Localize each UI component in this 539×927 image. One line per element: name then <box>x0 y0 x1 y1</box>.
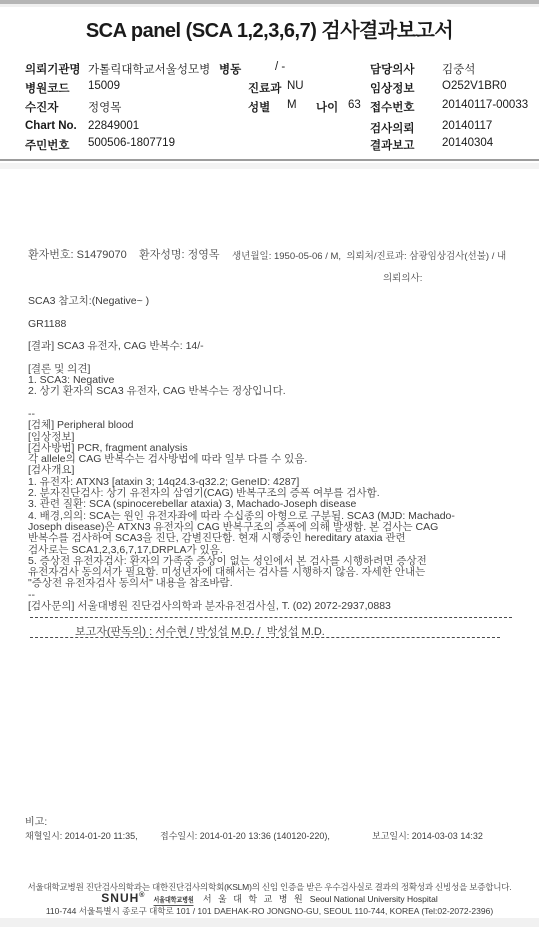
report-line: [검체] Peripheral blood <box>28 420 533 431</box>
footer-brand-line: SNUH® 서울대학교병원 서 울 대 학 교 병 원 Seoul Nation… <box>0 891 539 906</box>
sex-value: M <box>287 99 297 111</box>
ward-label: 병동 <box>219 61 241 77</box>
report-line: [검사문의] 서울대병원 진단검사의학과 분자유전검사실, T. (02) 20… <box>28 601 533 612</box>
snuh-logo: SNUH® <box>101 891 145 905</box>
org-label: 의뢰기관명 <box>25 61 81 77</box>
window-bottom-edge <box>0 918 539 927</box>
report-line: 각 allele의 CAG 반복수는 검사방법에 따라 일부 다를 수 있음. <box>28 454 533 465</box>
report-page: SCA panel (SCA 1,2,3,6,7) 검사결과보고서 의뢰기관명 … <box>0 0 539 927</box>
report-line: "증상전 유전자검사 동의서" 내용을 참조바람. <box>28 578 533 589</box>
header-divider <box>0 159 539 161</box>
reporter-divider-top <box>30 617 512 618</box>
report-line <box>28 352 533 363</box>
report-body: SCA3 참고치:(Negative~ ) GR1188 [결과] SCA3 유… <box>28 296 533 612</box>
report-line: 반복수를 검사하여 SCA3을 진단, 감별진단함. 현재 시행중인 hered… <box>28 533 533 544</box>
registered-mark-icon: ® <box>139 892 145 899</box>
report-line: 3. 관련 질환: SCA (spinocerebellar ataxia) 3… <box>28 499 533 510</box>
doctor-value: 김중석 <box>442 61 475 77</box>
window-top-edge-light <box>0 4 539 7</box>
hospital-name-kr: 서 울 대 학 교 병 원 <box>203 892 305 905</box>
remark-label: 비고: <box>25 813 47 828</box>
footer-address-line: 110-744 서울특별시 종로구 대학로 101 / 101 DAEHAK-R… <box>0 905 539 917</box>
request-label: 검사의뢰 <box>370 120 414 136</box>
dept-label: 진료과 <box>248 80 281 96</box>
ward-value: / - <box>275 61 285 73</box>
chart-value: 22849001 <box>88 120 139 132</box>
age-label: 나이 <box>316 99 338 115</box>
idnum-value: 500506-1807719 <box>88 137 175 149</box>
receipt-label: 접수번호 <box>370 99 414 115</box>
collect-datetime: 채혈일시: 2014-01-20 11:35, <box>25 829 138 842</box>
hospcode-label: 병원코드 <box>25 80 69 96</box>
age-value: 63 <box>348 99 361 111</box>
report-datetime: 보고일시: 2014-03-03 14:32 <box>372 829 483 842</box>
receipt-datetime: 접수일시: 2014-01-20 13:36 (140120-220), <box>160 829 330 842</box>
report-line: [결과] SCA3 유전자, CAG 반복수: 14/- <box>28 341 533 352</box>
reporter-divider-bottom <box>30 637 500 638</box>
idnum-label: 주민번호 <box>25 137 69 153</box>
snuh-logo-text: SNUH <box>101 891 139 905</box>
report-line: GR1188 <box>28 319 533 330</box>
hospcode-value: 15009 <box>88 80 120 92</box>
receipt-value: 20140117-00033 <box>442 99 528 111</box>
doctor-label: 담당의사 <box>370 61 414 77</box>
patient-id-line: 환자번호: S1479070 환자성명: 정영목 <box>28 246 220 262</box>
result-value: 20140304 <box>442 137 493 149</box>
sex-label: 성별 <box>248 99 270 115</box>
clinical-label: 임상정보 <box>370 80 414 96</box>
report-line: SCA3 참고치:(Negative~ ) <box>28 296 533 307</box>
dept-value: NU <box>287 80 304 92</box>
report-line <box>28 398 533 409</box>
hospital-name-en: Seoul National University Hospital <box>310 894 438 904</box>
chart-label: Chart No. <box>25 120 77 132</box>
referring-doctor-label: 의뢰의사: <box>383 270 422 284</box>
report-line <box>28 307 533 318</box>
header-divider-shadow <box>0 163 539 169</box>
patient-value: 정영목 <box>88 99 121 115</box>
page-title: SCA panel (SCA 1,2,3,6,7) 검사결과보고서 <box>0 14 539 43</box>
request-value: 20140117 <box>442 120 492 132</box>
org-value: 가톨릭대학교서울성모병 <box>88 61 210 77</box>
patient-birth-info: 생년월일: 1950-05-06 / M, 의뢰처/진료과: 삼광임상검사(선불… <box>232 248 539 262</box>
report-line: 2. 상기 환자의 SCA3 유전자, CAG 반복수는 정상입니다. <box>28 386 533 397</box>
clinical-value: O252V1BR0 <box>442 80 507 92</box>
patient-label: 수진자 <box>25 99 58 115</box>
result-label: 결과보고 <box>370 137 414 153</box>
